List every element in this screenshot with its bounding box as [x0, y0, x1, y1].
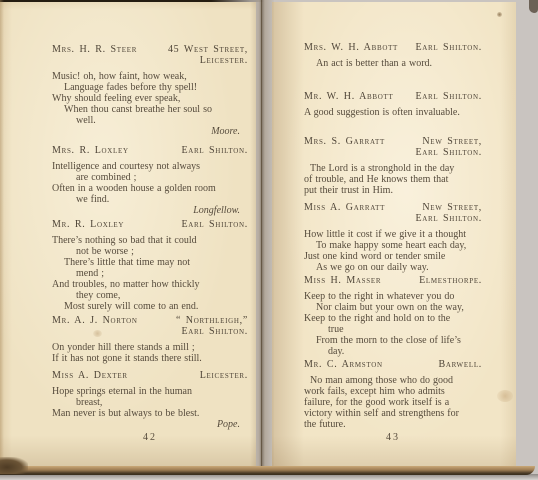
entry-quote: Intelligence and courtesy not always are…	[52, 161, 248, 216]
address-line: “ Northleigh,”	[176, 315, 248, 326]
entry-name: Miss A. Dexter	[52, 370, 128, 381]
entry-address: Elmesthorpe.	[419, 275, 482, 286]
entry-quote: Music! oh, how faint, how weak, Language…	[52, 71, 248, 137]
entry-address: “ Northleigh,”Earl Shilton.	[176, 315, 248, 337]
page-number-right: 43	[304, 432, 482, 443]
entry-address: Earl Shilton.	[415, 91, 482, 102]
right-page-entries: Mrs. W. H. AbbottEarl Shilton. An act is…	[272, 2, 482, 430]
address-line: Earl Shilton.	[415, 42, 482, 53]
quote-line: are combined ;	[52, 172, 248, 183]
address-line: New Street,	[415, 136, 482, 147]
quote-line: breast,	[52, 397, 248, 408]
entry-address: Barwell.	[438, 359, 482, 370]
address-line: 45 West Street,	[168, 44, 248, 55]
guestbook-entry: Miss A. GarrattNew Street,Earl Shilton.H…	[304, 202, 482, 273]
cover-corner-top-right	[529, 0, 538, 13]
quote-line: The Lord is a stronghold in the day	[304, 163, 482, 174]
guestbook-entry: Mr. W. H. AbbottEarl Shilton.A good sugg…	[304, 91, 482, 118]
quote-line: Why should feeling ever speak,	[52, 93, 248, 104]
quote-line: And troubles, no matter how thickly	[52, 279, 248, 290]
quote-line: Keep to the right in whatever you do	[304, 291, 482, 302]
entry-heading: Mrs. H. R. Steer45 West Street,Leicester…	[52, 44, 248, 66]
guestbook-entry: Mrs. H. R. Steer45 West Street,Leicester…	[52, 44, 248, 137]
address-line: Earl Shilton.	[181, 219, 248, 230]
paper-stain	[93, 330, 102, 337]
left-page: Mrs. H. R. Steer45 West Street,Leicester…	[0, 2, 256, 468]
address-line: Leicester.	[200, 370, 248, 381]
guestbook-entry: Mr. R. LoxleyEarl Shilton.There’s nothin…	[52, 219, 248, 312]
quote-line: There’s little that time may not	[52, 257, 248, 268]
entry-quote: Hope springs eternal in the human breast…	[52, 386, 248, 430]
entry-name: Mrs. H. R. Steer	[52, 44, 137, 55]
book-gutter	[250, 0, 274, 470]
entry-name: Mrs. S. Garratt	[304, 136, 385, 147]
entry-name: Mr. R. Loxley	[52, 219, 124, 230]
guestbook-entry: Mrs. R. LoxleyEarl Shilton.Intelligence …	[52, 145, 248, 216]
entry-heading: Mr. C. ArmstonBarwell.	[304, 359, 482, 370]
quote-attribution: Longfellow.	[52, 205, 248, 216]
book-top-edge-shadow	[0, 0, 264, 2]
quote-line: When thou canst breathe her soul so	[52, 104, 248, 115]
entry-address: New Street,Earl Shilton.	[415, 202, 482, 224]
guestbook-entry: Mr. C. ArmstonBarwell. No man among thos…	[304, 359, 482, 430]
quote-line: not be worse ;	[52, 246, 248, 257]
address-line: Barwell.	[438, 359, 482, 370]
entry-quote: How little it cost if we give it a thoug…	[304, 229, 482, 273]
cover-corner-bottom-left	[0, 457, 28, 474]
quote-line: the future.	[304, 419, 482, 430]
guestbook-entry: Miss H. MasserElmesthorpe.Keep to the ri…	[304, 275, 482, 357]
quote-line: well.	[52, 115, 248, 126]
quote-line: Music! oh, how faint, how weak,	[52, 71, 248, 82]
quote-line: Hope springs eternal in the human	[52, 386, 248, 397]
right-page: Mrs. W. H. AbbottEarl Shilton. An act is…	[272, 2, 516, 468]
quote-line: we find.	[52, 194, 248, 205]
quote-line: Nor claim but your own on the way,	[304, 302, 482, 313]
paper-stain	[497, 12, 502, 17]
quote-line: Most surely will come to an end.	[52, 301, 248, 312]
quote-line: Just one kind word or tender smile	[304, 251, 482, 262]
address-line: Earl Shilton.	[415, 147, 482, 158]
address-line: Earl Shilton.	[415, 213, 482, 224]
address-line: Leicester.	[168, 55, 248, 66]
quote-line: true	[304, 324, 482, 335]
guestbook-entry: Miss A. DexterLeicester.Hope springs ete…	[52, 370, 248, 430]
quote-line: On yonder hill there stands a mill ;	[52, 342, 248, 353]
address-line: Elmesthorpe.	[419, 275, 482, 286]
page-edges-left	[0, 0, 4, 468]
address-line: Earl Shilton.	[176, 326, 248, 337]
entry-heading: Mr. A. J. Norton“ Northleigh,”Earl Shilt…	[52, 315, 248, 337]
entry-address: Earl Shilton.	[181, 219, 248, 230]
quote-line: To make happy some heart each day,	[304, 240, 482, 251]
quote-line: Keep to the right and hold on to the	[304, 313, 482, 324]
quote-line: work fails, except him who admits	[304, 386, 482, 397]
entry-name: Mr. A. J. Norton	[52, 315, 138, 326]
entry-heading: Mr. W. H. AbbottEarl Shilton.	[304, 91, 482, 102]
entry-address: 45 West Street,Leicester.	[168, 44, 248, 66]
entry-heading: Mr. R. LoxleyEarl Shilton.	[52, 219, 248, 230]
entry-heading: Mrs. W. H. AbbottEarl Shilton.	[304, 42, 482, 53]
quote-attribution: Moore.	[52, 126, 248, 137]
entry-address: New Street,Earl Shilton.	[415, 136, 482, 158]
left-page-entries: Mrs. H. R. Steer45 West Street,Leicester…	[0, 2, 248, 430]
entry-heading: Miss A. GarrattNew Street,Earl Shilton.	[304, 202, 482, 224]
quote-line: of trouble, and He knows them that	[304, 174, 482, 185]
quote-attribution: Pope.	[52, 419, 248, 430]
open-book-photo: Mrs. H. R. Steer45 West Street,Leicester…	[0, 0, 538, 480]
quote-line: No man among those who do good	[304, 375, 482, 386]
entry-quote: A good suggestion is often invaluable.	[304, 107, 482, 118]
guestbook-entry: Mrs. S. GarrattNew Street,Earl Shilton. …	[304, 136, 482, 196]
quote-line: they come,	[52, 290, 248, 301]
entry-name: Mr. C. Armston	[304, 359, 383, 370]
entry-name: Mrs. R. Loxley	[52, 145, 129, 156]
quote-line: failure, for the good work itself is a	[304, 397, 482, 408]
entry-heading: Mrs. R. LoxleyEarl Shilton.	[52, 145, 248, 156]
entry-quote: An act is better than a word.	[304, 58, 482, 69]
quote-line: Intelligence and courtesy not always	[52, 161, 248, 172]
entry-quote: No man among those who do goodwork fails…	[304, 375, 482, 430]
quote-line: Man never is but always to be blest.	[52, 408, 248, 419]
quote-line: An act is better than a word.	[304, 58, 482, 69]
entry-quote: There’s nothing so bad that it could not…	[52, 235, 248, 312]
entry-name: Mrs. W. H. Abbott	[304, 42, 398, 53]
entry-name: Mr. W. H. Abbott	[304, 91, 393, 102]
page-edges-right	[516, 0, 538, 472]
entry-address: Leicester.	[200, 370, 248, 381]
quote-line: Often in a wooden house a golden room	[52, 183, 248, 194]
entry-quote: On yonder hill there stands a mill ;If i…	[52, 342, 248, 364]
quote-line: How little it cost if we give it a thoug…	[304, 229, 482, 240]
entry-quote: The Lord is a stronghold in the dayof tr…	[304, 163, 482, 196]
quote-line: mend ;	[52, 268, 248, 279]
quote-line: day.	[304, 346, 482, 357]
paper-stain	[497, 390, 513, 402]
address-line: Earl Shilton.	[181, 145, 248, 156]
quote-line: victory within self and strengthens for	[304, 408, 482, 419]
entry-address: Earl Shilton.	[181, 145, 248, 156]
address-line: New Street,	[415, 202, 482, 213]
entry-heading: Miss H. MasserElmesthorpe.	[304, 275, 482, 286]
quote-line: There’s nothing so bad that it could	[52, 235, 248, 246]
quote-line: Language fades before thy spell!	[52, 82, 248, 93]
entry-address: Earl Shilton.	[415, 42, 482, 53]
entry-name: Miss H. Masser	[304, 275, 381, 286]
address-line: Earl Shilton.	[415, 91, 482, 102]
quote-line: From the morn to the close of life’s	[304, 335, 482, 346]
guestbook-entry: Mr. A. J. Norton“ Northleigh,”Earl Shilt…	[52, 315, 248, 364]
page-edges-bottom	[0, 466, 535, 475]
entry-quote: Keep to the right in whatever you do Nor…	[304, 291, 482, 357]
quote-line: put their trust in Him.	[304, 185, 482, 196]
quote-line: If it has not gone it stands there still…	[52, 353, 248, 364]
entry-heading: Miss A. DexterLeicester.	[52, 370, 248, 381]
entry-heading: Mrs. S. GarrattNew Street,Earl Shilton.	[304, 136, 482, 158]
quote-line: A good suggestion is often invaluable.	[304, 107, 482, 118]
guestbook-entry: Mrs. W. H. AbbottEarl Shilton. An act is…	[304, 42, 482, 69]
entry-name: Miss A. Garratt	[304, 202, 385, 213]
quote-line: As we go on our daily way.	[304, 262, 482, 273]
page-number-left: 42	[52, 432, 248, 443]
